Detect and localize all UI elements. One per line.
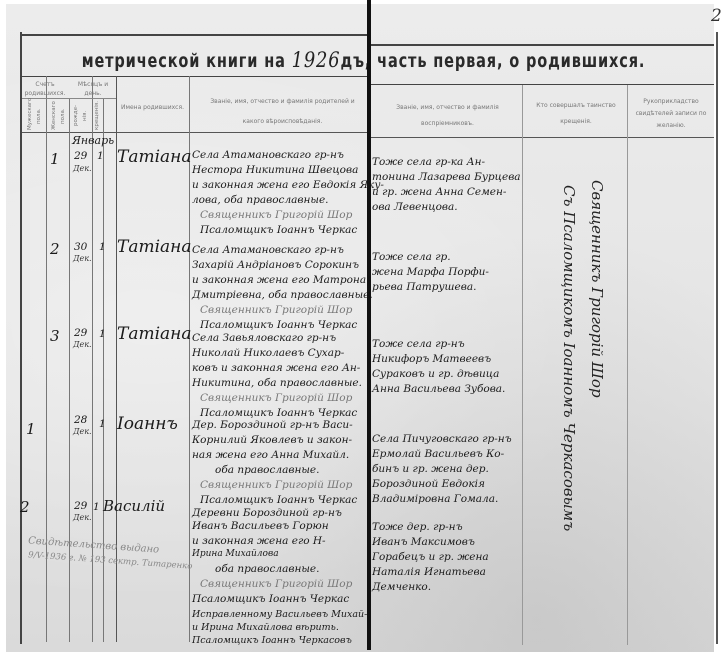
birth-month: Дек. <box>73 254 92 263</box>
parents-line: Дер. Бороздиной гр-нъ Васи- <box>192 418 353 433</box>
parents-line: Николай Николаевъ Сухар- <box>192 346 344 361</box>
godparents-line: Сураковъ и гр. дѣвица <box>372 367 499 382</box>
godparents-line: жена Марфа Порфи- <box>372 265 489 280</box>
priest-signature: Священникъ Григорій Шор <box>200 208 352 223</box>
godparents-line: Наталія Игнатьева <box>372 565 486 580</box>
godparents-line: Никифоръ Матвеевъ <box>372 352 491 367</box>
header-born: рожде-нія. <box>72 102 90 130</box>
psalmist-signature: Псаломщикъ Іоаннъ Черкас <box>192 592 349 607</box>
parents-line: Села Атамановскаго гр-нъ <box>192 148 344 163</box>
godparents-line: Ермолай Васильевъ Ко- <box>372 447 504 462</box>
child-name: Татіана <box>117 147 192 167</box>
birth-date: 28 <box>74 413 87 428</box>
birth-month: Дек. <box>73 164 92 173</box>
parents-line: Корнилий Яковлевъ и закон- <box>192 433 352 448</box>
title-rule-left <box>22 76 367 77</box>
parents-line: Иванъ Васильевъ Горюн <box>192 519 329 534</box>
child-name: Василій <box>103 497 165 515</box>
birth-date: 29 <box>74 499 87 514</box>
baptism-day: 1 <box>99 417 106 432</box>
birth-date: 29 <box>74 149 87 164</box>
birth-month: Дек. <box>73 513 92 522</box>
godparents-line: Горабецъ и гр. жена <box>372 550 489 565</box>
godparents-line: Владиміровна Гомала. <box>372 492 498 507</box>
parents-line: лова, оба православные. <box>192 193 329 208</box>
godparents-line: Тоже дер. гр-нъ <box>372 520 463 535</box>
godparents-line: тонина Лазарева Бурцева <box>372 170 521 185</box>
header-performed-by: Кто совершалъ таинство крещенія. <box>530 98 622 130</box>
birth-month: Дек. <box>73 340 92 349</box>
title-prefix: метрической книги на <box>82 50 286 72</box>
parents-line: Нестора Никитина Швецова <box>192 163 358 178</box>
title-rule-right <box>371 84 714 85</box>
title-year: 1926 <box>292 48 341 72</box>
parents-line: Села Завьяловскаго гр-нъ <box>192 331 336 346</box>
godparents-line: ова Левенцова. <box>372 200 458 215</box>
birth-date: 29 <box>74 326 87 341</box>
top-rule-right <box>371 44 714 46</box>
parents-line: ная жена его Анна Михайл. <box>192 448 349 463</box>
godparents-line: Анна Васильева Зубова. <box>372 382 505 397</box>
male-count: 1 <box>26 420 36 438</box>
psalmist-signature: Псаломщикъ Іоаннъ Черкас <box>200 223 357 238</box>
parents-line: Захарій Андріановъ Сорокинъ <box>192 258 359 273</box>
top-rule-left <box>22 34 367 36</box>
godparents-line: рьева Патрушева. <box>372 280 476 295</box>
priest-signature: Священникъ Григорій Шор <box>200 577 352 592</box>
header-male: Мужескаго пола. <box>26 102 44 130</box>
psalmist-vertical-signature: Съ Псаломщикомъ Іоанномъ Черкасовымъ <box>560 185 578 531</box>
parents-line: Никитина, оба православные. <box>192 376 362 391</box>
godparents-line: Демченко. <box>372 580 431 595</box>
birth-date: 30 <box>74 240 87 255</box>
male-count: 2 <box>20 498 30 516</box>
female-count: 1 <box>50 150 60 168</box>
psalmist-signature: Псаломщикъ Іоаннъ Черкасовъ <box>192 633 352 648</box>
child-name: Татіана <box>117 237 192 257</box>
godparents-line: бинъ и гр. жена дер. <box>372 462 489 477</box>
header-baptism: крещенія. <box>93 102 102 130</box>
parents-line: Села Атамановскаго гр-нъ <box>192 243 344 258</box>
baptism-day: 1 <box>97 149 104 164</box>
col-divider <box>627 85 628 645</box>
header-godparents: Званіе, имя, отчество и фамилія воспріем… <box>385 100 510 132</box>
baptism-day: 1 <box>99 327 106 342</box>
parents-line: Ирина Михайлова <box>192 547 279 562</box>
page-title: метрической книги на 1926дъ, часть перва… <box>55 48 673 72</box>
godparents-line: Села Пичуговскаго гр-нъ <box>372 432 512 447</box>
baptism-day: 1 <box>93 500 100 515</box>
month-label: Январь <box>72 133 114 148</box>
header-month-day: Мѣсяцъ и день. <box>70 80 116 98</box>
parents-line: Дмитріевна, оба православные. <box>192 288 373 303</box>
priest-signature: Священникъ Григорій Шор <box>200 303 352 318</box>
female-count: 3 <box>50 327 60 345</box>
header-parents: Званіе, имя, отчество и фамилія родителе… <box>200 92 365 132</box>
parents-line: и законная жена его Евдокія Яку- <box>192 178 384 193</box>
priest-vertical-signature: Священникъ Григорій Шор <box>588 180 606 398</box>
col-divider <box>522 85 523 645</box>
birth-month: Дек. <box>73 427 92 436</box>
parents-line: оба православные. <box>215 463 319 478</box>
baptism-day: 1 <box>99 240 106 255</box>
priest-signature: Священникъ Григорій Шор <box>200 478 352 493</box>
parents-line: и законная жена его Матрона <box>192 273 366 288</box>
priest-signature: Священникъ Григорій Шор <box>200 391 352 406</box>
parents-line: ковъ и законная жена его Ан- <box>192 361 360 376</box>
header-names: Имена родившихся. <box>116 103 189 112</box>
godparents-line: Тоже села гр. <box>372 250 451 265</box>
parents-line: оба православные. <box>215 562 319 577</box>
godparents-line: Тоже села гр-ка Ан- <box>372 155 485 170</box>
header-bottom-rule-right <box>371 137 714 138</box>
child-name: Татіана <box>117 324 192 344</box>
godparents-line: Тоже села гр-нъ <box>372 337 465 352</box>
header-signatures: Рукоприкладство свидѣтелей записи по жел… <box>632 96 710 132</box>
godparents-line: Бороздиной Евдокія <box>372 477 485 492</box>
godparents-line: и гр. жена Анна Семен- <box>372 185 506 200</box>
page-number: 2 <box>711 6 722 26</box>
header-female: Женскаго пола. <box>50 102 68 130</box>
godparents-line: Иванъ Максимовъ <box>372 535 475 550</box>
book-spine <box>367 0 371 650</box>
title-suffix: дъ, часть первая, о родившихся. <box>340 50 645 72</box>
female-count: 2 <box>50 240 60 258</box>
child-name: Іоаннъ <box>117 414 178 434</box>
subheader-rule <box>22 98 116 99</box>
header-births-count: Счетъ родившихся. <box>22 80 68 98</box>
